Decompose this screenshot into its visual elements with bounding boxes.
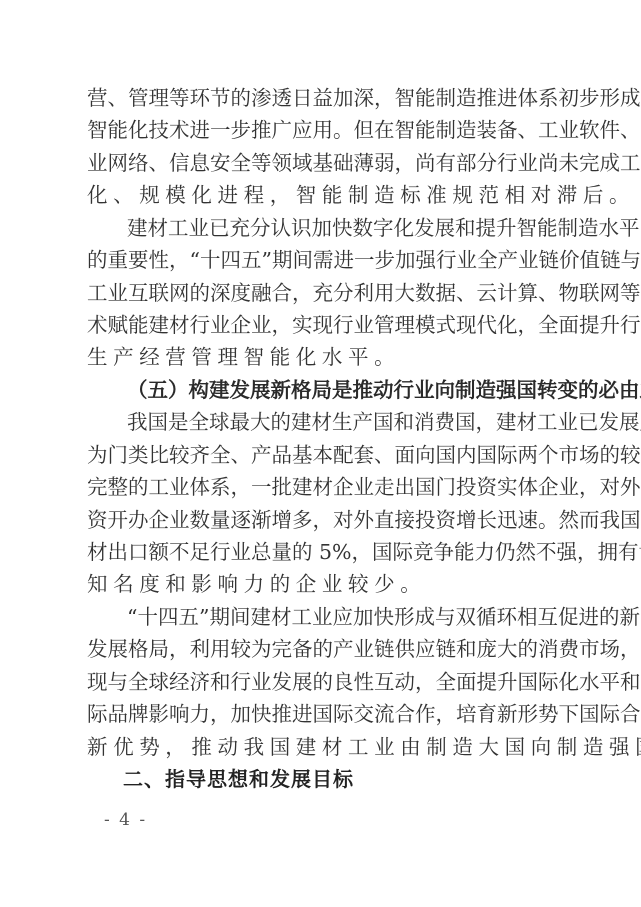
paragraph-line: 完整的工业体系，一批建材企业走出国门投资实体企业，对外投 <box>87 471 563 503</box>
subsection-heading: （五）构建发展新格局是推动行业向制造强国转变的必由之路 <box>127 374 563 406</box>
paragraph-line: 际品牌影响力，加快推进国际交流合作，培育新形势下国际合作 <box>87 698 563 730</box>
page-number: - 4 - <box>104 808 147 832</box>
paragraph-line: 建材工业已充分认识加快数字化发展和提升智能制造水平 <box>127 212 563 244</box>
paragraph-line: 为门类比较齐全、产品基本配套、面向国内国际两个市场的较为 <box>87 439 563 471</box>
paragraph-line: 智能化技术进一步推广应用。但在智能制造装备、工业软件、工 <box>87 114 563 146</box>
paragraph-line: 的重要性，“十四五”期间需进一步加强行业全产业链价值链与 <box>87 244 563 276</box>
paragraph-line: 现与全球经济和行业发展的良性互动，全面提升国际化水平和国 <box>87 666 563 698</box>
paragraph-line: 发展格局，利用较为完备的产业链供应链和庞大的消费市场，实 <box>87 633 563 665</box>
document-page: 营、管理等环节的渗透日益加深，智能制造推进体系初步形成， 智能化技术进一步推广应… <box>0 0 641 907</box>
paragraph-line: 新优势，推动我国建材工业由制造大国向制造强国转变。 <box>87 731 563 763</box>
paragraph-line: “十四五”期间建材工业应加快形成与双循环相互促进的新 <box>127 601 563 633</box>
section-heading: 二、指导思想和发展目标 <box>123 763 354 795</box>
paragraph-line: 术赋能建材行业企业，实现行业管理模式现代化，全面提升行业 <box>87 309 563 341</box>
paragraph-line: 知名度和影响力的企业较少。 <box>87 568 563 600</box>
paragraph-line: 资开办企业数量逐渐增多，对外直接投资增长迅速。然而我国建 <box>87 504 563 536</box>
paragraph-line: 材出口额不足行业总量的 5%，国际竞争能力仍然不强，拥有世界 <box>87 536 563 568</box>
paragraph-line: 我国是全球最大的建材生产国和消费国，建材工业已发展成 <box>127 406 563 438</box>
paragraph-line: 化、规模化进程，智能制造标准规范相对滞后。 <box>87 179 563 211</box>
paragraph-line: 业网络、信息安全等领域基础薄弱，尚有部分行业尚未完成工业 <box>87 147 563 179</box>
paragraph-line: 生产经营管理智能化水平。 <box>87 341 563 373</box>
paragraph-line: 营、管理等环节的渗透日益加深，智能制造推进体系初步形成， <box>87 82 563 114</box>
paragraph-line: 工业互联网的深度融合，充分利用大数据、云计算、物联网等技 <box>87 277 563 309</box>
